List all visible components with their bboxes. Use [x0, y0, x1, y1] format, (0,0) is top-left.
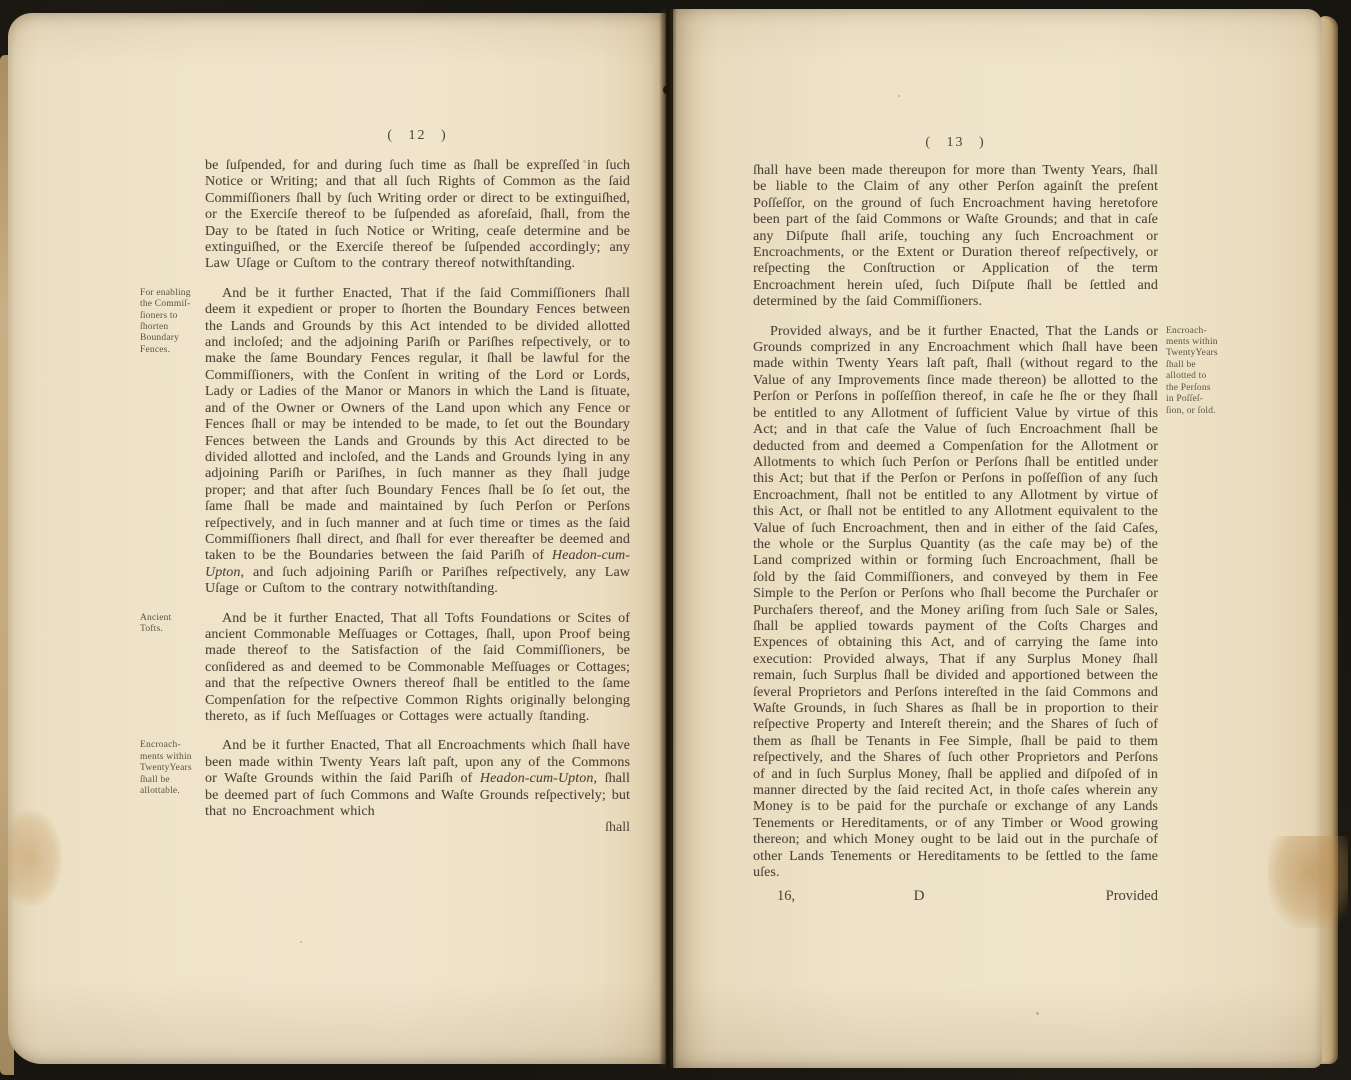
- margin-note-line: Tofts.: [140, 624, 197, 635]
- margin-note-line: Encroach-: [140, 740, 197, 751]
- text-segment: And be it further Enacted, That all Toft…: [205, 611, 630, 724]
- text-segment: , and ſuch adjoining Pariſh or Pariſhes …: [205, 565, 630, 596]
- catchword-row: ſhall: [140, 820, 630, 836]
- margin-note-line: For enabling: [140, 288, 197, 299]
- margin-note-line: Boundary: [140, 333, 197, 344]
- margin-note-line: ments within: [140, 752, 197, 763]
- margin-note: Encroach-ments withinTwentyYearsſhall be…: [140, 738, 197, 820]
- signature-letter: D: [753, 888, 1085, 905]
- place-name-italic: Headon-cum-Upton: [480, 771, 594, 786]
- paragraph-row: AncientTofts.And be it further Enacted, …: [140, 611, 630, 726]
- paragraph-text: And be it further Enacted, That all Toft…: [205, 611, 630, 726]
- paragraph-text: And be it further Enacted, That all Encr…: [205, 738, 630, 820]
- book-spread: ( 12 ) be ſuſpended, for and during ſuch…: [0, 0, 1351, 1080]
- margin-note: [140, 158, 197, 273]
- page-number-left: ( 12 ): [205, 128, 630, 144]
- margin-note-line: allotted to: [1166, 371, 1231, 382]
- paragraph-row: Provided always, and be it further Enact…: [753, 324, 1231, 882]
- catchword: Provided: [1106, 888, 1158, 905]
- margin-note-line: the Perſons: [1166, 383, 1231, 394]
- right-page-body: ſhall have been made thereupon for more …: [753, 163, 1231, 905]
- right-page-paragraphs: ſhall have been made thereupon for more …: [753, 163, 1231, 881]
- paragraph-row: be ſuſpended, for and during ſuch time a…: [140, 158, 630, 273]
- margin-note-line: Ancient: [140, 613, 197, 624]
- catchword-spacer: [140, 820, 205, 836]
- right-page: ( 13 ) ſhall have been made thereupon fo…: [673, 9, 1322, 1068]
- book-gutter: [659, 9, 677, 1067]
- margin-note: Encroach-ments withinTwentyYearsſhall be…: [1166, 324, 1231, 882]
- margin-note-line: ſhall be: [1166, 360, 1231, 371]
- margin-note-line: the Commiſ-: [140, 299, 197, 310]
- paragraph-text: Provided always, and be it further Enact…: [753, 324, 1158, 882]
- margin-note-line: in Poſſeſ-: [1166, 394, 1231, 405]
- text-segment: be ſuſpended, for and during ſuch time a…: [205, 158, 630, 271]
- margin-note-line: TwentyYears: [1166, 348, 1231, 359]
- paragraph-text: be ſuſpended, for and during ſuch time a…: [205, 158, 630, 273]
- margin-note: For enablingthe Commiſ-ſioners toſhorten…: [140, 286, 197, 598]
- margin-note-line: Fences.: [140, 345, 197, 356]
- paragraph-row: Encroach-ments withinTwentyYearsſhall be…: [140, 738, 630, 820]
- text-segment: And be it further Enacted, That if the ſ…: [205, 286, 630, 564]
- paragraph-text: ſhall have been made thereupon for more …: [753, 163, 1158, 311]
- paragraph-row: For enablingthe Commiſ-ſioners toſhorten…: [140, 286, 630, 598]
- margin-note-line: ſhorten: [140, 322, 197, 333]
- catchword: ſhall: [205, 820, 630, 836]
- margin-note-line: TwentyYears: [140, 763, 197, 774]
- margin-note-line: ſioners to: [140, 311, 197, 322]
- margin-note-line: ſhall be: [140, 775, 197, 786]
- margin-note-line: Encroach-: [1166, 326, 1231, 337]
- left-page: ( 12 ) be ſuſpended, for and during ſuch…: [8, 13, 666, 1064]
- page-number-right: ( 13 ): [753, 135, 1158, 151]
- left-page-paragraphs: be ſuſpended, for and during ſuch time a…: [140, 158, 630, 820]
- margin-note-line: ſion, or ſold.: [1166, 406, 1231, 417]
- text-segment: Provided always, and be it further Enact…: [753, 324, 1158, 880]
- paragraph-text: And be it further Enacted, That if the ſ…: [205, 286, 630, 598]
- paragraph-row: ſhall have been made thereupon for more …: [753, 163, 1231, 311]
- margin-note: AncientTofts.: [140, 611, 197, 726]
- margin-note-line: allottable.: [140, 786, 197, 797]
- page-footer: 16, D Provided: [753, 888, 1158, 905]
- margin-note: [1166, 163, 1231, 311]
- left-page-body: be ſuſpended, for and during ſuch time a…: [140, 158, 630, 837]
- margin-note-line: ments within: [1166, 337, 1231, 348]
- text-segment: ſhall have been made thereupon for more …: [753, 163, 1158, 309]
